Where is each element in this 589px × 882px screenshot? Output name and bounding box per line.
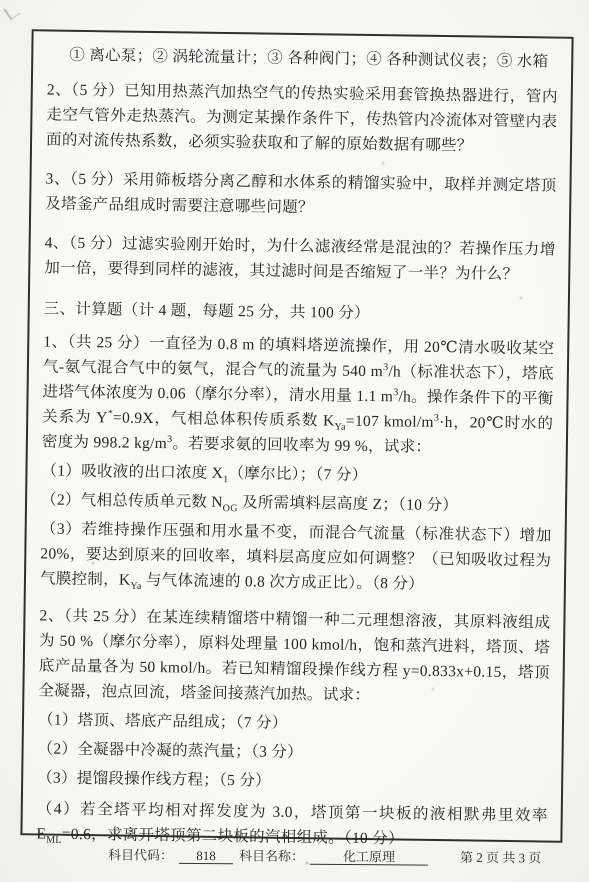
page-number: 第 2 页 共 3 页 bbox=[460, 850, 541, 866]
scan-artifact-mark bbox=[3, 3, 20, 21]
subject-name-value: 化工原理 bbox=[310, 849, 428, 866]
page-footer: 科目代码：818科目名称：化工原理第 2 页 共 3 页 bbox=[108, 844, 578, 866]
subject-code-value: 818 bbox=[179, 848, 233, 864]
problem1-item-2: （2）气相总传质单元数 NOG 及所需填料层高度 Z；（10 分） bbox=[41, 487, 552, 519]
section-heading-computation: 三、计算题（计 4 题，每题 25 分，共 100 分） bbox=[44, 296, 555, 328]
problem2-body: 2、（共 25 分）在某连续精馏塔中精馏一种二元理想溶液，其原料液组成为 50 … bbox=[38, 603, 550, 710]
subject-code-label: 科目代码： bbox=[108, 847, 173, 862]
subject-name-label: 科目名称： bbox=[239, 848, 304, 863]
problem1-item-1: （1）吸收液的出口浓度 X1（摩尔比）；（7 分） bbox=[41, 458, 552, 490]
short-question-3: 3、（5 分）采用筛板塔分离乙醇和水体系的精馏实验中，取样并测定塔顶及塔釜产品组… bbox=[45, 166, 557, 223]
problem2-item-2: （2）全凝器中冷凝的蒸汽量；（3 分） bbox=[37, 736, 548, 768]
scan-noise-specks bbox=[0, 0, 2, 2]
short-question-2: 2、（5 分）已知用热蒸汽加热空气的传热实验采用套管换热器进行，管内走空气管外走… bbox=[46, 77, 558, 159]
short-question-4: 4、（5 分）过滤实验刚开始时，为什么滤液经常是混浊的？若操作压力增加一倍，要得… bbox=[44, 230, 556, 287]
problem2-item-1: （1）塔顶、塔底产品组成；（7 分） bbox=[38, 707, 549, 739]
problem1-item-3: （3）若维持操作压强和用水量不变，而混合气流量（标准状态下）增加 20%，要达到… bbox=[40, 516, 552, 598]
apparatus-list-line: ① 离心泵；② 涡轮流量计；③ 各种阀门；④ 各种测试仪表；⑤ 水箱 bbox=[47, 42, 558, 74]
problem2-item-3: （3）提馏段操作线方程；（5 分） bbox=[37, 765, 548, 797]
scanned-exam-page: ① 离心泵；② 涡轮流量计；③ 各种阀门；④ 各种测试仪表；⑤ 水箱 2、（5 … bbox=[0, 0, 589, 882]
problem1-body: 1、（共 25 分）一直径为 0.8 m 的填料塔逆流操作，用 20℃清水吸收某… bbox=[42, 329, 555, 461]
exam-content-box: ① 离心泵；② 涡轮流量计；③ 各种阀门；④ 各种测试仪表；⑤ 水箱 2、（5 … bbox=[20, 29, 573, 842]
